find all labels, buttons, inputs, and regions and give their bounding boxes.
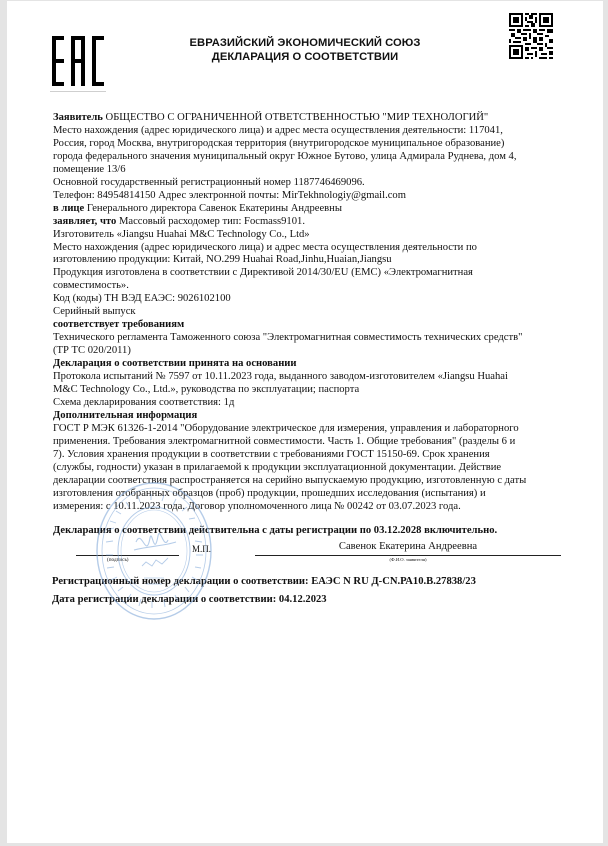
signer-name-line: [255, 555, 561, 556]
represented-label: в лице: [53, 203, 84, 214]
additional-info-line: применения. Требования электромагнитной …: [53, 436, 573, 449]
applicant-name: ОБЩЕСТВО С ОГРАНИЧЕННОЙ ОТВЕТСТВЕННОСТЬЮ…: [103, 112, 488, 123]
represented-name: Генерального директора Савенок Екатерины…: [84, 203, 342, 214]
applicant-address-line: Россия, город Москва, внутригородская те…: [53, 138, 573, 151]
additional-info-line: изготовления отобранных образцов (проб) …: [53, 488, 573, 501]
hs-code: Код (коды) ТН ВЭД ЕАЭС: 9026102100: [53, 293, 573, 306]
compliance-line: (ТР ТС 020/2011): [53, 345, 573, 358]
additional-info-heading: Дополнительная информация: [53, 410, 573, 423]
compliance-heading: соответствует требованиям: [53, 319, 573, 332]
represented-by-line: в лице Генерального директора Савенок Ек…: [53, 203, 573, 216]
validity-statement: Декларация о соответствии действительна …: [53, 525, 497, 536]
applicant-line: Заявитель ОБЩЕСТВО С ОГРАНИЧЕННОЙ ОТВЕТС…: [53, 112, 573, 125]
registration-number: Регистрационный номер декларации о соотв…: [52, 576, 476, 587]
applicant-contacts: Телефон: 84954814150 Адрес электронной п…: [53, 190, 573, 203]
logo-divider: [50, 91, 106, 92]
basis-line: M&C Technology Co., Ltd.», руководства п…: [53, 384, 573, 397]
additional-info-line: 7). Условия хранения продукции в соответ…: [53, 449, 573, 462]
directive-line: совместимость».: [53, 280, 573, 293]
declaration-scheme: Схема декларирования соответствия: 1д: [53, 397, 573, 410]
registration-date: Дата регистрации декларации о соответств…: [52, 594, 327, 605]
applicant-address-line: помещение 13/6: [53, 164, 573, 177]
basis-heading: Декларация о соответствии принята на осн…: [53, 358, 573, 371]
additional-info-line: (службы, годности) указан в прилагаемой …: [53, 462, 573, 475]
declaration-body: Заявитель ОБЩЕСТВО С ОГРАНИЧЕННОЙ ОТВЕТС…: [53, 112, 573, 514]
additional-info-line: ГОСТ Р МЭК 61326-1-2014 "Оборудование эл…: [53, 423, 573, 436]
basis-line: Протокола испытаний № 7597 от 10.11.2023…: [53, 371, 573, 384]
signer-name-caption: (Ф.И.О. заявителя): [255, 557, 561, 562]
additional-info-line: декларации соответствия распространяется…: [53, 475, 573, 488]
compliance-line: Технического регламента Таможенного союз…: [53, 332, 573, 345]
applicant-address-line: Место нахождения (адрес юридического лиц…: [53, 125, 573, 138]
manufacturer-address-line: изготовлению продукции: Китай, NO.299 Hu…: [53, 254, 573, 267]
qr-code-icon[interactable]: [509, 13, 553, 59]
directive-line: Продукция изготовлена в соответствии с Д…: [53, 267, 573, 280]
applicant-ogrn: Основной государственный регистрационный…: [53, 177, 573, 190]
signature-line: [76, 555, 179, 556]
additional-info-line: измерения: с 10.11.2023 года. Договор уп…: [53, 501, 573, 514]
signature-caption: (подпись): [107, 557, 129, 563]
document-page: ЕВРАЗИЙСКИЙ ЭКОНОМИЧЕСКИЙ СОЮЗ ДЕКЛАРАЦИ…: [7, 1, 603, 843]
declares-label: заявляет, что: [53, 216, 116, 227]
declares-line: заявляет, что Массовый расходомер тип: F…: [53, 216, 573, 229]
seal-place-label: М.П.: [192, 544, 211, 554]
manufacturer-name: Изготовитель «Jiangsu Huahai M&C Technol…: [53, 229, 573, 242]
signer-name: Савенок Екатерина Андреевна: [255, 541, 561, 552]
manufacturer-address-line: Место нахождения (адрес юридического лиц…: [53, 242, 573, 255]
applicant-address-line: города федерального значения муниципальн…: [53, 151, 573, 164]
production-type: Серийный выпуск: [53, 306, 573, 319]
product-name: Массовый расходомер тип: Focmass9101.: [116, 216, 305, 227]
applicant-label: Заявитель: [53, 112, 103, 123]
